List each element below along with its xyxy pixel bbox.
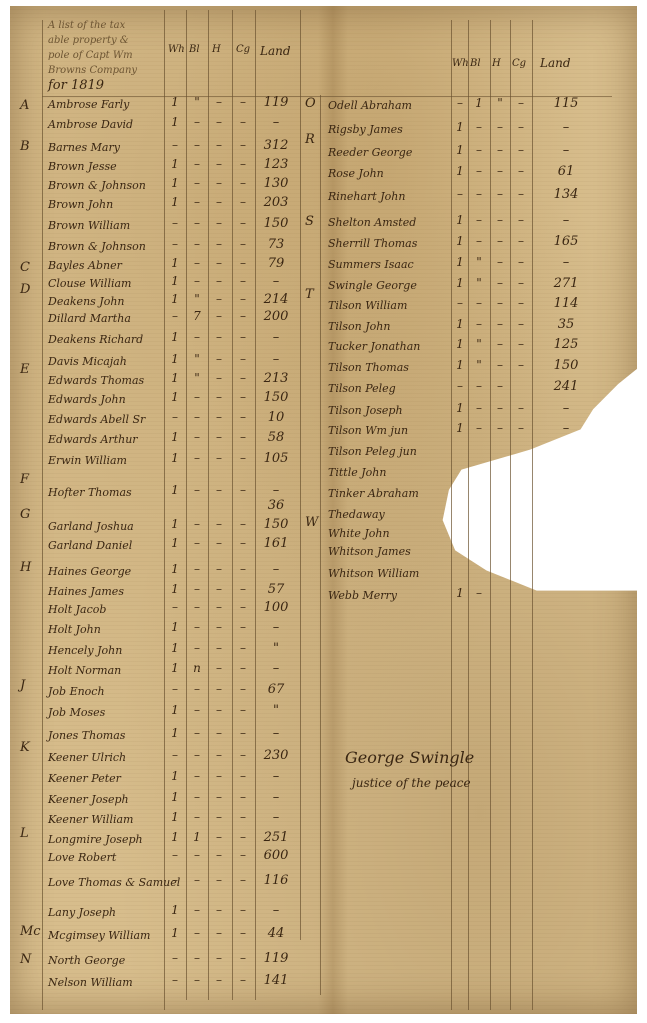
right-col-rule-land <box>532 20 533 1010</box>
cell-bl: – <box>187 483 207 497</box>
ledger-row: Shelton Amsted <box>328 212 416 232</box>
cell-wh: 1 <box>450 120 470 134</box>
taxpayer-name: Mcgimsey William <box>48 929 150 942</box>
ledger-row: Reeder George <box>328 142 412 162</box>
cell-wh: 1 <box>450 586 470 600</box>
cell-wh: 1 <box>165 769 185 783</box>
cell-wh: 1 <box>165 790 185 804</box>
alphabet-index-letter: A <box>20 98 29 113</box>
cell-wh: 1 <box>165 661 185 675</box>
cell-bl: 1 <box>187 830 207 844</box>
ledger-row: Whitson James <box>328 541 411 561</box>
cell-bl: – <box>187 157 207 171</box>
ledger-row: Brown & Johnson <box>48 236 146 256</box>
cell-bl: – <box>187 582 207 596</box>
cell-h: – <box>209 830 229 844</box>
cell-cg: – <box>511 296 531 310</box>
cell-wh: 1 <box>165 451 185 465</box>
left-header-h: H <box>212 44 221 55</box>
cell-wh: – <box>165 848 185 862</box>
taxpayer-name: North George <box>48 954 125 967</box>
cell-cg: – <box>233 661 253 675</box>
ledger-row: Hencely John <box>48 640 122 660</box>
cell-bl: – <box>187 903 207 917</box>
cell-land: 10 <box>256 410 296 425</box>
ledger-row: North George <box>48 950 125 970</box>
taxpayer-name: Davis Micajah <box>48 355 127 368</box>
taxpayer-name: Love Thomas & Samuel <box>48 876 180 889</box>
cell-land: 125 <box>536 337 596 352</box>
cell-bl: " <box>469 276 489 290</box>
cell-cg: – <box>233 748 253 762</box>
ledger-row: Brown William <box>48 215 130 235</box>
cell-wh: 1 <box>165 726 185 740</box>
cell-land: 230 <box>256 748 296 763</box>
signature-name: George Swingle <box>345 748 474 767</box>
cell-bl: – <box>469 586 489 600</box>
ledger-row: Tilson William <box>328 295 407 315</box>
taxpayer-name: Tilson Joseph <box>328 404 403 417</box>
cell-h: – <box>490 164 510 178</box>
taxpayer-name: Brown & Johnson <box>48 179 146 192</box>
cell-h: – <box>209 115 229 129</box>
cell-cg: – <box>233 390 253 404</box>
cell-land: – <box>256 483 296 498</box>
ledger-row: Dillard Martha <box>48 308 131 328</box>
cell-wh: 1 <box>165 810 185 824</box>
taxpayer-name: Tilson William <box>328 299 407 312</box>
cell-h: – <box>490 317 510 331</box>
cell-bl: " <box>469 358 489 372</box>
ledger-row: Whitson William <box>328 563 419 583</box>
cell-wh: 1 <box>165 517 185 531</box>
cell-cg: – <box>233 256 253 270</box>
cell-land: – <box>256 903 296 918</box>
alphabet-index-letter: H <box>20 560 31 575</box>
ledger-row: Tilson Thomas <box>328 357 409 377</box>
cell-bl: – <box>469 164 489 178</box>
taxpayer-name: Keener William <box>48 813 133 826</box>
cell-bl: – <box>187 410 207 424</box>
cell-cg: – <box>233 195 253 209</box>
cell-h: – <box>209 726 229 740</box>
cell-wh: 1 <box>450 401 470 415</box>
taxpayer-name: Barnes Mary <box>48 141 120 154</box>
cell-bl: – <box>187 274 207 288</box>
taxpayer-name: Edwards Thomas <box>48 374 144 387</box>
ledger-row: Tilson Peleg <box>328 378 396 398</box>
ledger-row: Holt Jacob <box>48 599 106 619</box>
left-header-cg: Cg <box>236 44 250 55</box>
taxpayer-name: Tinker Abraham <box>328 487 419 500</box>
cell-h: – <box>209 748 229 762</box>
left-margin-rule <box>42 20 43 1010</box>
cell-cg: – <box>233 873 253 887</box>
cell-cg: – <box>233 451 253 465</box>
cell-bl: 1 <box>469 96 489 110</box>
cell-wh: 1 <box>165 483 185 497</box>
taxpayer-name: Haines James <box>48 585 124 598</box>
alphabet-index-letter: B <box>20 139 30 154</box>
cell-wh: 1 <box>165 641 185 655</box>
left-col-rule-end <box>300 10 301 940</box>
cell-wh: – <box>165 410 185 424</box>
cell-cg: – <box>233 790 253 804</box>
cell-land: – <box>256 726 296 741</box>
cell-cg: – <box>511 120 531 134</box>
cell-cg: – <box>511 358 531 372</box>
taxpayer-name: Keener Peter <box>48 772 121 785</box>
cell-cg: – <box>511 164 531 178</box>
cell-land: 161 <box>256 536 296 551</box>
right-header-land: Land <box>540 56 571 70</box>
cell-land: 150 <box>256 517 296 532</box>
cell-land: 134 <box>536 187 596 202</box>
cell-land: – <box>256 330 296 345</box>
ledger-row: Edwards John <box>48 389 126 409</box>
cell-h: – <box>209 390 229 404</box>
cell-wh: 1 <box>165 703 185 717</box>
cell-cg: – <box>511 337 531 351</box>
cell-cg: – <box>233 292 253 306</box>
ledger-row: Rigsby James <box>328 119 403 139</box>
cell-wh: 1 <box>450 213 470 227</box>
cell-cg: – <box>233 703 253 717</box>
cell-h: – <box>209 483 229 497</box>
cell-h: – <box>490 255 510 269</box>
taxpayer-name: Keener Ulrich <box>48 751 126 764</box>
cell-h: – <box>490 421 510 435</box>
cell-wh: 1 <box>165 371 185 385</box>
cell-wh: – <box>165 237 185 251</box>
taxpayer-name: Whitson William <box>328 567 419 580</box>
cell-wh: 1 <box>165 562 185 576</box>
cell-cg: – <box>511 213 531 227</box>
cell-cg: – <box>233 903 253 917</box>
cell-bl: n <box>187 661 207 675</box>
alphabet-index-letter: N <box>20 952 31 967</box>
title-line-1: A list of the tax <box>48 18 168 33</box>
cell-cg: – <box>233 848 253 862</box>
signature-title: justice of the peace <box>352 776 471 790</box>
cell-wh: 1 <box>165 157 185 171</box>
cell-wh: – <box>165 873 185 887</box>
cell-bl: – <box>187 748 207 762</box>
cell-bl: " <box>187 95 207 109</box>
cell-land: – <box>256 274 296 289</box>
taxpayer-name: Job Moses <box>48 706 105 719</box>
cell-cg: – <box>233 600 253 614</box>
left-header-wh: Wh <box>168 44 185 55</box>
ledger-row: Tilson John <box>328 316 390 336</box>
cell-h: – <box>209 661 229 675</box>
cell-bl: – <box>469 296 489 310</box>
cell-h: – <box>209 410 229 424</box>
cell-bl: – <box>187 873 207 887</box>
alphabet-index-letter: Mc <box>20 924 41 939</box>
cell-h: – <box>209 536 229 550</box>
cell-h: – <box>209 274 229 288</box>
ledger-row: Bayles Abner <box>48 255 122 275</box>
cell-wh: 1 <box>165 830 185 844</box>
cell-cg: – <box>233 536 253 550</box>
cell-land: – <box>256 790 296 805</box>
cell-cg: – <box>511 421 531 435</box>
ledger-row: Haines James <box>48 581 124 601</box>
cell-wh: 1 <box>165 903 185 917</box>
taxpayer-name: Deakens John <box>48 295 125 308</box>
ledger-row: Holt John <box>48 619 101 639</box>
ledger-row: Keener William <box>48 809 133 829</box>
cell-h: – <box>209 309 229 323</box>
alphabet-index-letter: R <box>305 132 315 147</box>
cell-land: 57 <box>256 582 296 597</box>
cell-bl: " <box>469 337 489 351</box>
title-line-3: pole of Capt Wm <box>48 48 168 63</box>
cell-h: – <box>209 256 229 270</box>
ledger-row: Tilson Wm jun <box>328 420 408 440</box>
cell-bl: – <box>187 176 207 190</box>
cell-cg: – <box>233 371 253 385</box>
cell-cg: – <box>233 810 253 824</box>
cell-h: – <box>490 187 510 201</box>
cell-bl: – <box>187 517 207 531</box>
cell-wh: 1 <box>165 352 185 366</box>
cell-bl: – <box>187 562 207 576</box>
cell-h: – <box>209 352 229 366</box>
alphabet-index-letter: W <box>305 515 318 530</box>
cell-land: 241 <box>536 379 596 394</box>
cell-land: – <box>256 810 296 825</box>
cell-land: 58 <box>256 430 296 445</box>
cell-cg: – <box>511 96 531 110</box>
cell-cg: – <box>233 582 253 596</box>
cell-h: – <box>209 176 229 190</box>
cell-land: 100 <box>256 600 296 615</box>
cell-land: 251 <box>256 830 296 845</box>
cell-bl: – <box>187 536 207 550</box>
taxpayer-name: Garland Daniel <box>48 539 132 552</box>
taxpayer-name: Clouse William <box>48 277 131 290</box>
cell-land: – <box>536 421 596 436</box>
cell-land: 150 <box>256 216 296 231</box>
cell-bl: – <box>469 143 489 157</box>
taxpayer-name: Jones Thomas <box>48 729 125 742</box>
cell-wh: – <box>165 973 185 987</box>
ledger-row: Clouse William <box>48 273 131 293</box>
cell-h: – <box>209 951 229 965</box>
taxpayer-name: Rigsby James <box>328 123 403 136</box>
taxpayer-name: Bayles Abner <box>48 259 122 272</box>
cell-land: 119 <box>256 951 296 966</box>
cell-wh: 1 <box>165 926 185 940</box>
cell-h: – <box>209 95 229 109</box>
taxpayer-name: Summers Isaac <box>328 258 414 271</box>
cell-wh: – <box>165 951 185 965</box>
right-header-wh: Wh <box>452 58 469 69</box>
cell-land: 61 <box>536 164 596 179</box>
cell-cg: – <box>511 255 531 269</box>
cell-cg: – <box>511 234 531 248</box>
taxpayer-name: Brown John <box>48 198 113 211</box>
cell-land: 73 <box>256 237 296 252</box>
cell-wh: 1 <box>165 390 185 404</box>
cell-wh: 1 <box>165 115 185 129</box>
cell-bl: – <box>469 120 489 134</box>
cell-cg: – <box>233 216 253 230</box>
cell-cg: – <box>233 157 253 171</box>
alphabet-index-letter: D <box>20 282 30 297</box>
ledger-row: Tinker Abraham <box>328 483 419 503</box>
ledger-title: A list of the tax able property & pole o… <box>48 18 168 93</box>
ledger-row: Summers Isaac <box>328 254 414 274</box>
cell-h: – <box>490 296 510 310</box>
cell-wh: 1 <box>165 330 185 344</box>
cell-h: – <box>209 138 229 152</box>
title-line-4: Browns Company <box>48 63 168 78</box>
cell-h: – <box>209 620 229 634</box>
cell-bl: – <box>187 138 207 152</box>
cell-wh: – <box>165 682 185 696</box>
taxpayer-name: Sherrill Thomas <box>328 237 417 250</box>
cell-wh: – <box>165 748 185 762</box>
cell-bl: – <box>187 600 207 614</box>
cell-land: 35 <box>536 317 596 332</box>
cell-land: 105 <box>256 451 296 466</box>
cell-wh: – <box>165 216 185 230</box>
ledger-row: Garland Daniel <box>48 535 132 555</box>
cell-h: – <box>490 234 510 248</box>
title-line-2: able property & <box>48 33 168 48</box>
cell-wh: 1 <box>450 234 470 248</box>
alphabet-index-letter: L <box>20 826 29 841</box>
cell-h: – <box>209 562 229 576</box>
cell-land: 130 <box>256 176 296 191</box>
cell-h: – <box>209 810 229 824</box>
cell-bl: – <box>187 237 207 251</box>
cell-cg: – <box>233 274 253 288</box>
right-header-bl: Bl <box>470 58 481 69</box>
cell-wh: 1 <box>165 176 185 190</box>
cell-land: – <box>536 255 596 270</box>
ledger-row: Haines George <box>48 561 131 581</box>
ledger-row: Lany Joseph <box>48 902 116 922</box>
cell-bl: – <box>187 620 207 634</box>
cell-cg: – <box>233 682 253 696</box>
cell-wh: 1 <box>165 430 185 444</box>
taxpayer-name: Love Robert <box>48 851 116 864</box>
ledger-row: Davis Micajah <box>48 351 127 371</box>
ledger-row: Keener Joseph <box>48 789 129 809</box>
cell-cg: – <box>233 95 253 109</box>
cell-wh: 1 <box>450 276 470 290</box>
cell-land: – <box>256 661 296 676</box>
cell-cg: – <box>233 769 253 783</box>
cell-bl: – <box>187 451 207 465</box>
cell-h: – <box>209 926 229 940</box>
taxpayer-name: Erwin William <box>48 454 127 467</box>
cell-wh: 1 <box>165 274 185 288</box>
cell-cg: – <box>511 317 531 331</box>
ledger-row: Keener Peter <box>48 768 121 788</box>
cell-cg: – <box>233 138 253 152</box>
cell-wh: 1 <box>450 317 470 331</box>
cell-h: – <box>490 276 510 290</box>
cell-h: – <box>209 848 229 862</box>
cell-land: 203 <box>256 195 296 210</box>
ledger-row: White John <box>328 523 390 543</box>
taxpayer-name: Hencely John <box>48 644 122 657</box>
cell-land: – <box>536 213 596 228</box>
alphabet-index-letter: G <box>20 507 30 522</box>
cell-h: – <box>209 292 229 306</box>
cell-bl: 7 <box>187 309 207 323</box>
ledger-row: Love Thomas & Samuel <box>48 872 180 892</box>
cell-wh: 1 <box>450 358 470 372</box>
cell-bl: – <box>469 234 489 248</box>
cell-cg: – <box>233 115 253 129</box>
ledger-row: Tilson Peleg jun <box>328 441 417 461</box>
right-header-cg: Cg <box>512 58 526 69</box>
cell-cg: – <box>233 410 253 424</box>
cell-wh: 1 <box>450 143 470 157</box>
cell-h: – <box>490 143 510 157</box>
cell-cg: – <box>233 726 253 740</box>
cell-land: – <box>256 620 296 635</box>
cell-bl: – <box>187 848 207 862</box>
taxpayer-name: Holt Norman <box>48 664 121 677</box>
left-header-bl: Bl <box>189 44 200 55</box>
ledger-row: Edwards Abell Sr <box>48 409 145 429</box>
ledger-row: Brown Jesse <box>48 156 117 176</box>
cell-h: – <box>209 790 229 804</box>
taxpayer-name: Deakens Richard <box>48 333 143 346</box>
cell-land: – <box>256 352 296 367</box>
taxpayer-name: Odell Abraham <box>328 99 412 112</box>
cell-wh: 1 <box>165 536 185 550</box>
ledger-row: Job Enoch <box>48 681 105 701</box>
cell-bl: – <box>187 973 207 987</box>
cell-h: – <box>209 517 229 531</box>
taxpayer-name: Garland Joshua <box>48 520 134 533</box>
cell-wh: – <box>165 600 185 614</box>
cell-bl: – <box>187 195 207 209</box>
cell-h: – <box>209 703 229 717</box>
cell-land: 150 <box>536 358 596 373</box>
cell-land: – <box>256 769 296 784</box>
ledger-row: Tilson Joseph <box>328 400 403 420</box>
taxpayer-name: Brown & Johnson <box>48 240 146 253</box>
taxpayer-name: Dillard Martha <box>48 312 131 325</box>
taxpayer-name: Haines George <box>48 565 131 578</box>
cell-land: – <box>536 120 596 135</box>
taxpayer-name: Ambrose David <box>48 118 133 131</box>
taxpayer-name: Nelson William <box>48 976 133 989</box>
cell-land: 67 <box>256 682 296 697</box>
cell-h: – <box>209 330 229 344</box>
cell-h: – <box>490 379 510 393</box>
cell-h: – <box>209 430 229 444</box>
cell-bl: – <box>187 769 207 783</box>
alphabet-index-letter: T <box>305 287 314 302</box>
cell-cg: – <box>233 830 253 844</box>
cell-h: – <box>209 903 229 917</box>
cell-bl: " <box>187 292 207 306</box>
cell-cg: – <box>511 187 531 201</box>
cell-bl: – <box>187 330 207 344</box>
cell-land: 36 <box>256 498 296 513</box>
cell-wh: 1 <box>165 292 185 306</box>
